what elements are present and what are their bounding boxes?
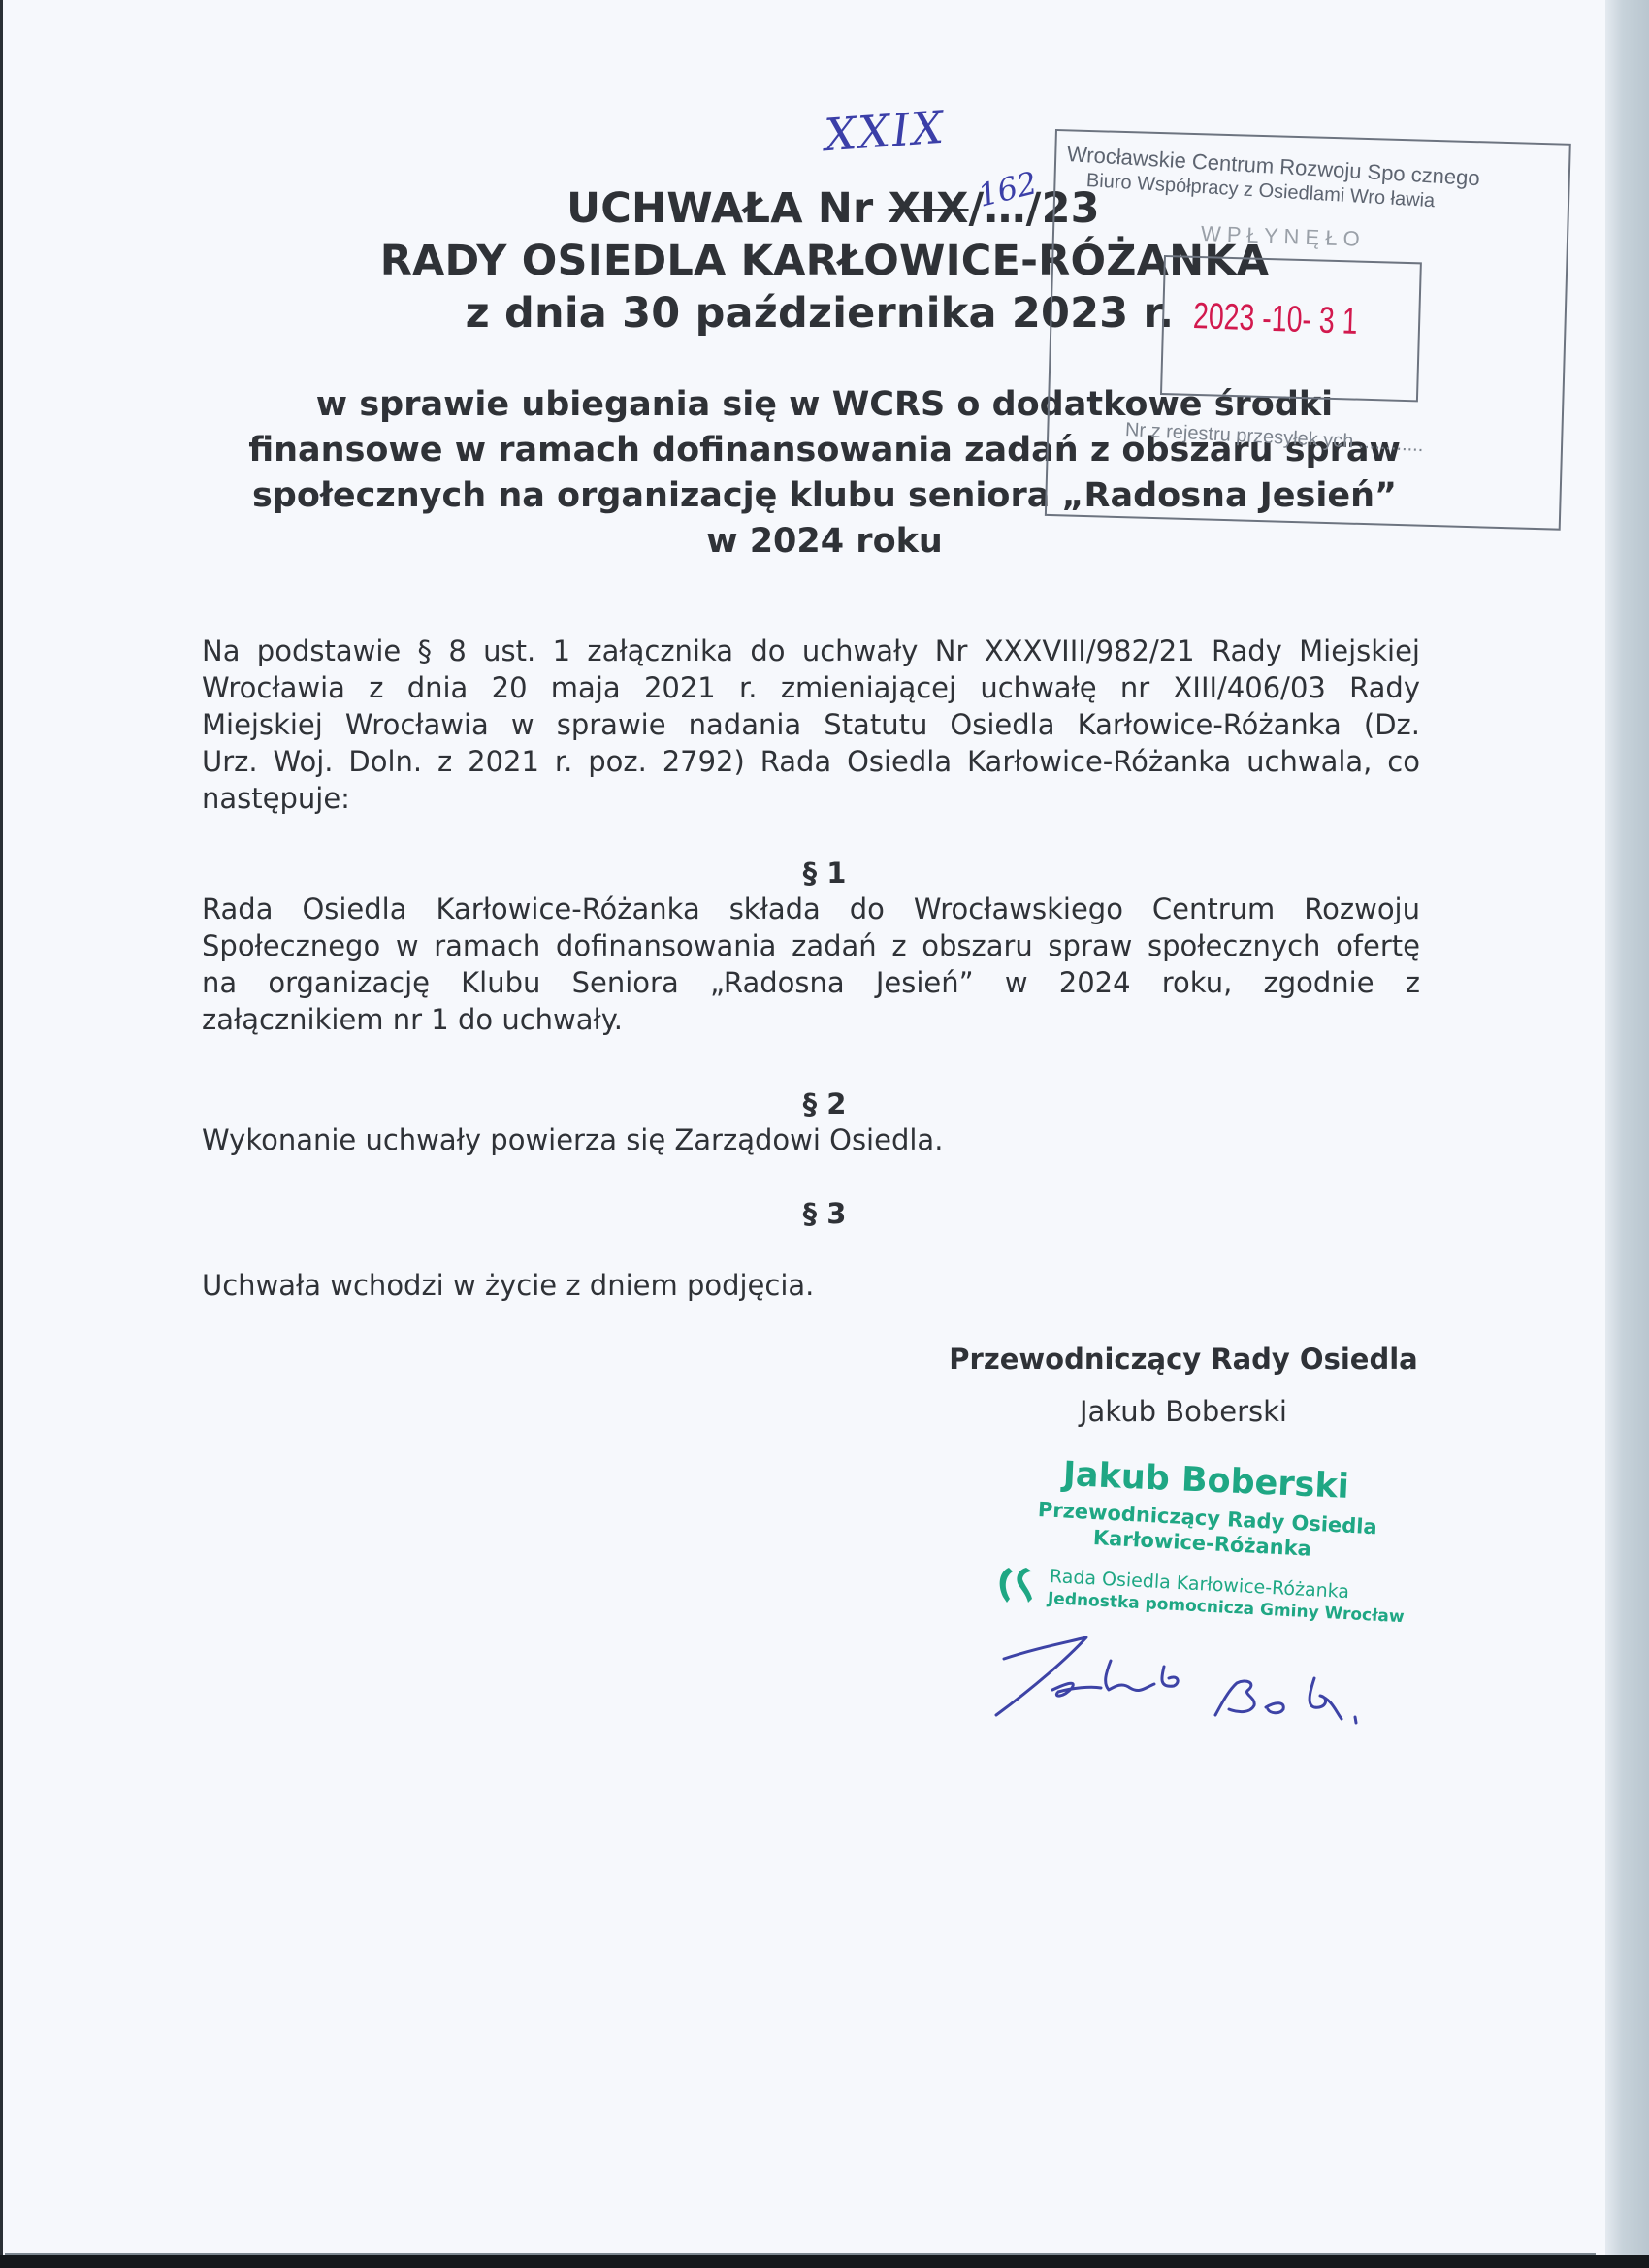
preamble-paragraph: Na podstawie § 8 ust. 1 załącznika do uc… — [202, 632, 1420, 817]
scan-right-shadow — [1605, 0, 1649, 2268]
section-2-paragraph: Wykonanie uchwały powierza się Zarządowi… — [202, 1121, 1420, 1158]
stamp-name: Jakub Boberski — [1062, 1455, 1349, 1507]
scan-left-edge — [0, 0, 3, 2268]
section-line: załącznikiem nr 1 do uchwały. — [202, 1001, 1420, 1038]
section-3-mark: § 3 — [0, 1196, 1649, 1231]
scan-bottom-edge — [0, 2255, 1649, 2268]
stamp-received-date: 2023 -10- 3 1 — [1192, 296, 1358, 343]
section-1-paragraph: Rada Osiedla Karłowice-Różanka składa do… — [202, 891, 1420, 1038]
section-2-mark: § 2 — [0, 1086, 1649, 1121]
section-line: Społecznego w ramach dofinansowania zada… — [202, 927, 1420, 964]
section-line: Rada Osiedla Karłowice-Różanka składa do… — [202, 891, 1420, 927]
section-1-mark: § 1 — [0, 856, 1649, 891]
preamble-line: następuje: — [202, 780, 1420, 817]
struck-numeral: XIX — [889, 184, 969, 233]
preamble-line: Wrocławia z dnia 20 maja 2021 r. zmienia… — [202, 669, 1420, 706]
handwritten-signature — [975, 1630, 1392, 1736]
preamble-line: Na podstawie § 8 ust. 1 załącznika do uc… — [202, 632, 1420, 669]
preamble-line: Urz. Woj. Doln. z 2021 r. poz. 2792) Rad… — [202, 743, 1420, 780]
signatory-name: Jakub Boberski — [912, 1395, 1455, 1428]
section-line: Uchwała wchodzi w życie z dniem podjęcia… — [202, 1267, 1420, 1304]
section-line: Wykonanie uchwały powierza się Zarządowi… — [202, 1121, 1420, 1158]
section-3-paragraph: Uchwała wchodzi w życie z dniem podjęcia… — [202, 1267, 1420, 1304]
section-line: na organizację Klubu Seniora „Radosna Je… — [202, 964, 1420, 1001]
handwritten-roman-numeral: XXIX — [823, 101, 947, 162]
preamble-line: Miejskiej Wrocławia w sprawie nadania St… — [202, 706, 1420, 743]
council-logo-icon — [993, 1564, 1038, 1606]
signatory-title: Przewodniczący Rady Osiedla — [912, 1343, 1455, 1376]
